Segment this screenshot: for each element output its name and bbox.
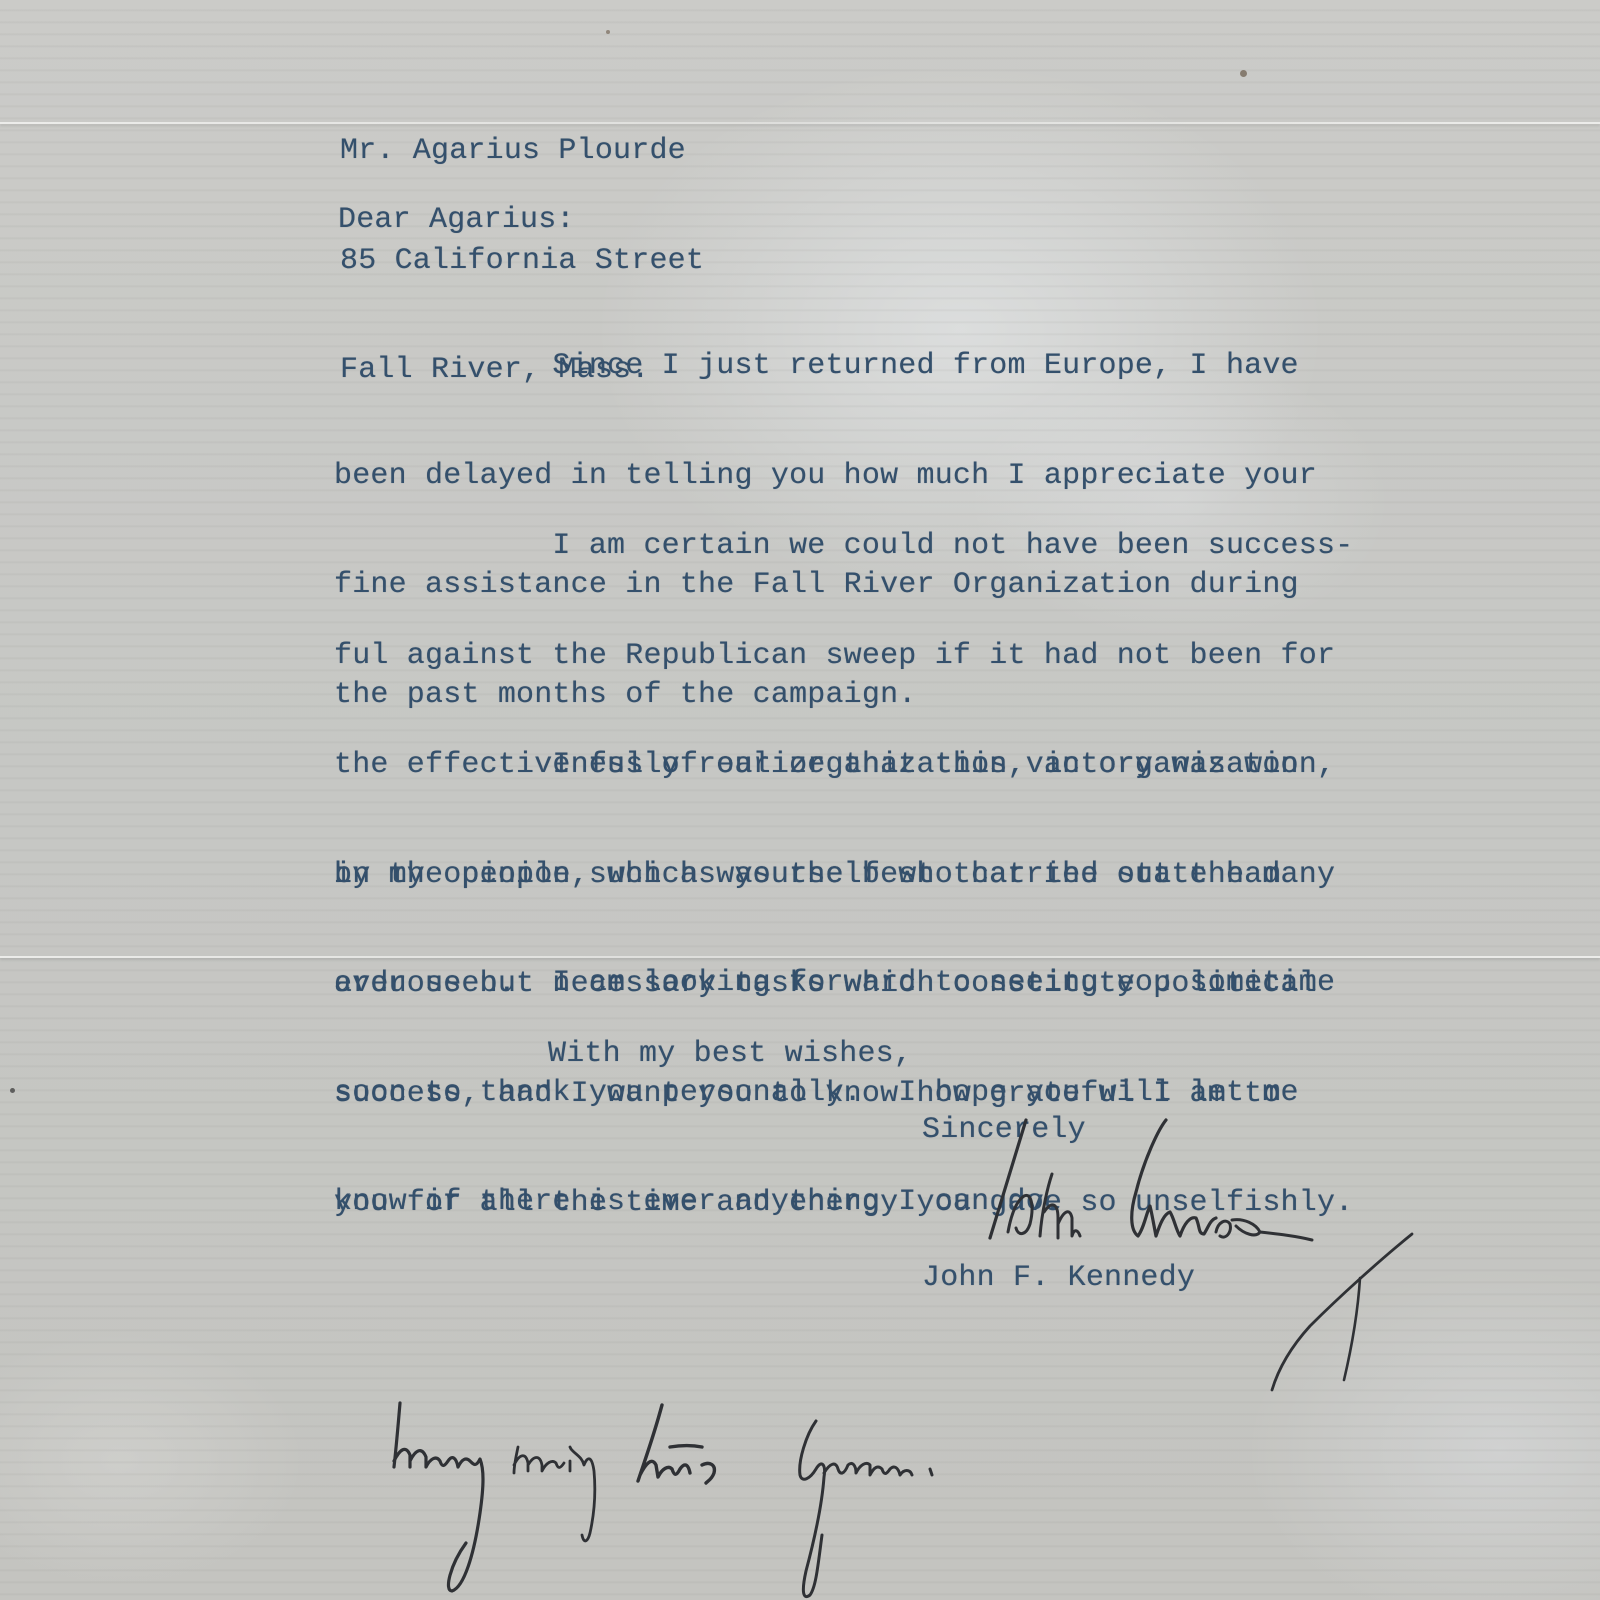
handwritten-note: [370, 1365, 1190, 1600]
paragraph-line: Since I just returned from Europe, I hav…: [334, 348, 1317, 385]
paragraph-line: I am certain we could not have been succ…: [334, 528, 1353, 565]
fold-crease: [0, 122, 1600, 124]
paragraph-line: I am looking forward to seeing you somet…: [334, 965, 1335, 1002]
salutation: Dear Agarius:: [338, 202, 575, 239]
recipient-street: 85 California Street: [340, 243, 704, 280]
paper-speck: [10, 1088, 15, 1093]
signer-name: John F. Kennedy: [922, 1260, 1195, 1297]
closing-line: With my best wishes,: [548, 1036, 912, 1073]
paragraph-line: by the people such as yourself who carri…: [334, 857, 1353, 894]
recipient-name: Mr. Agarius Plourde: [340, 133, 704, 170]
paper-speck: [1240, 70, 1247, 77]
paragraph-line: ful against the Republican sweep if it h…: [334, 638, 1353, 675]
paper-speck: [606, 30, 610, 34]
paragraph-line: I fully realize that this victory was wo…: [334, 747, 1353, 784]
handwritten-signature: [960, 1100, 1440, 1400]
